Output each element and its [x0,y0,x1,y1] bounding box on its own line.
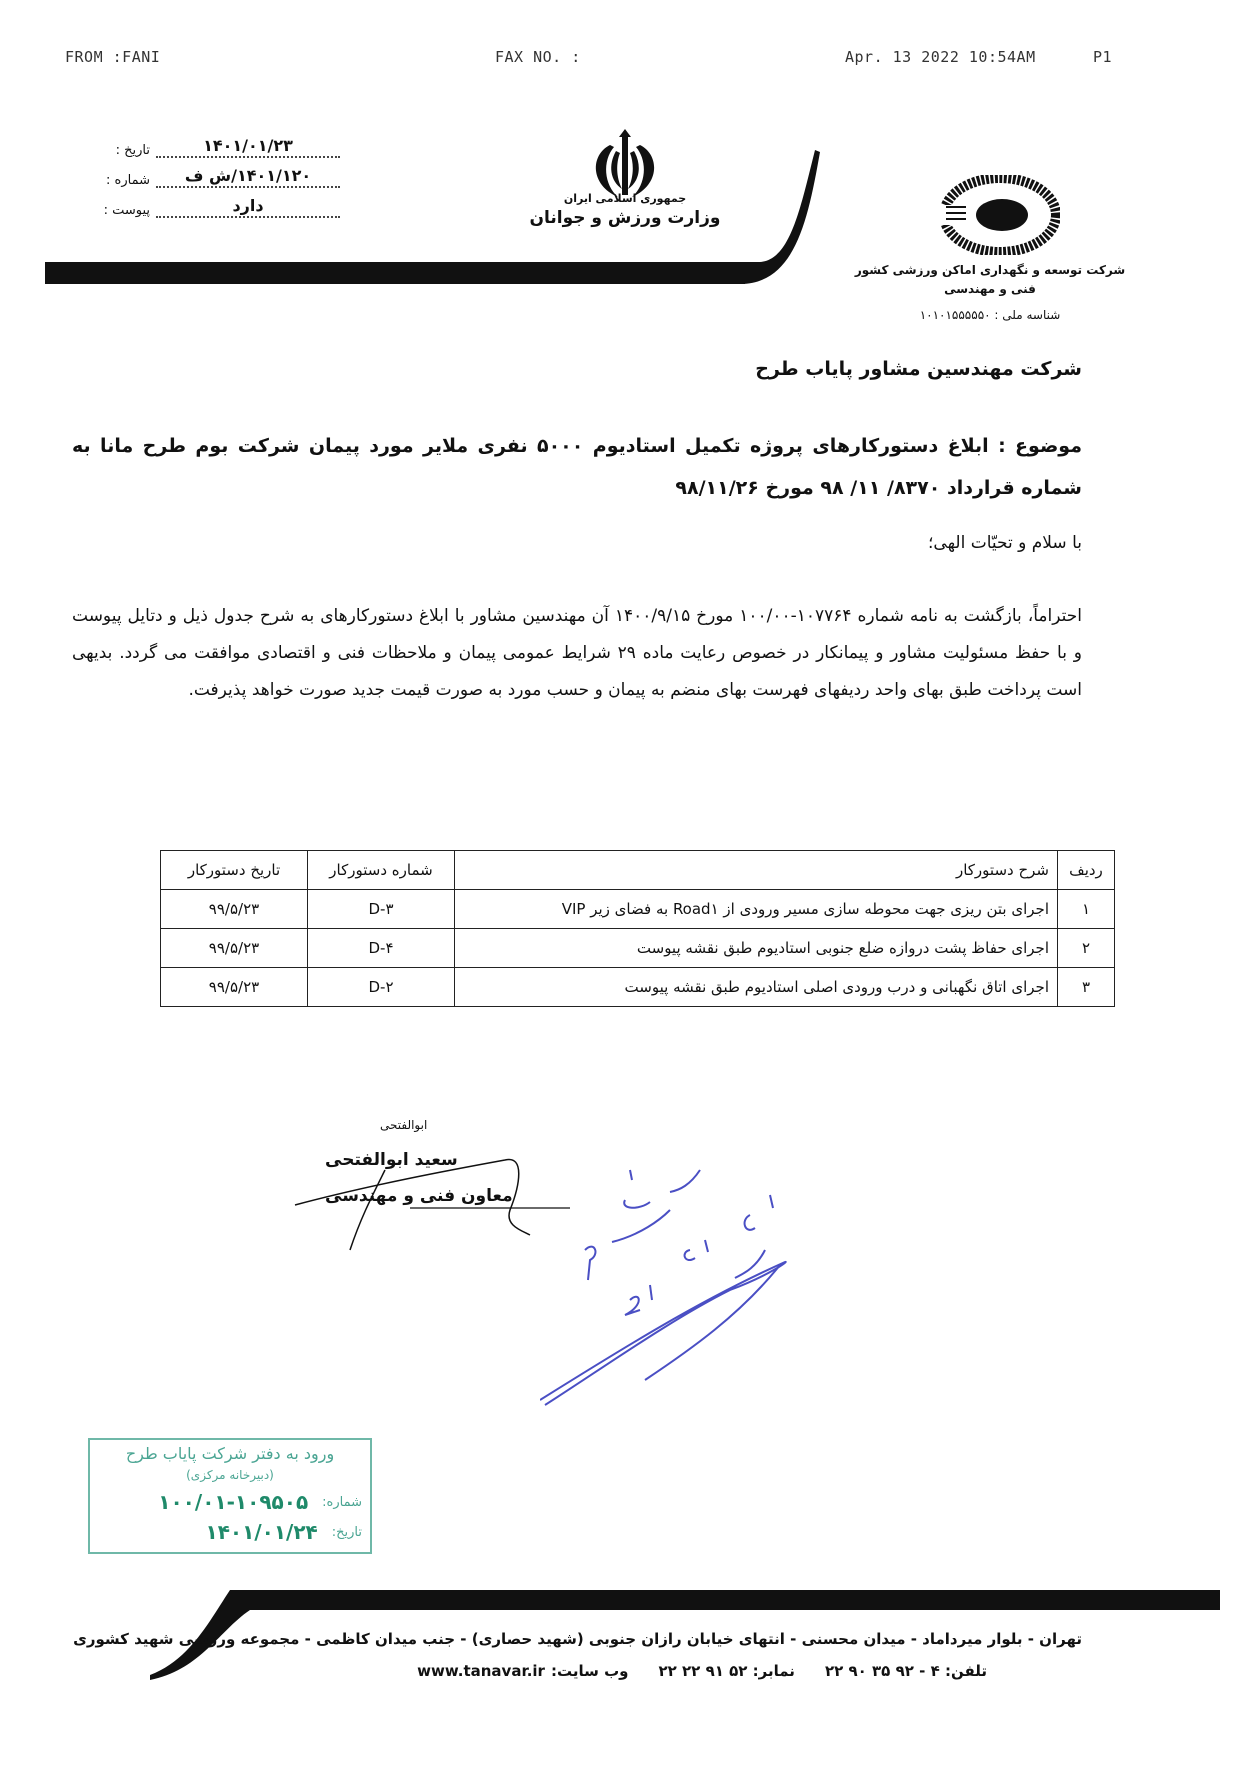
company-name: شرکت توسعه و نگهداری اماکن ورزشی کشور [850,263,1130,277]
intake-stamp: ورود به دفتر شرکت پایاب طرح (دبیرخانه مر… [88,1438,372,1554]
stamp-date-label: تاریخ: [332,1525,362,1540]
row-order-number: D-۴ [308,929,455,968]
fax-from: FROM :FANI [65,48,160,66]
republic-label: جمهوری اسلامی ایران [520,192,730,205]
greeting: با سلام و تحیّات الهی؛ [928,533,1082,553]
row-number: ۱ [1058,890,1115,929]
row-number: ۳ [1058,968,1115,1007]
footer-fax: نمابر: ۵۲ ۹۱ ۲۲ ۲۲ [658,1662,794,1680]
recipient: شرکت مهندسین مشاور پایاب طرح [755,358,1082,380]
ministry-name: وزارت ورزش و جوانان [520,208,730,228]
row-description: اجرای حفاظ پشت دروازه ضلع جنوبی استادیوم… [455,929,1058,968]
number-label: شماره : [80,173,150,188]
letter-body: احتراماً، بازگشت به نامه شماره ۱۰۷۷۶۴-۱۰… [72,598,1082,709]
header-row-number: ردیف [1058,851,1115,890]
row-order-number: D-۲ [308,968,455,1007]
stamp-number-row: شماره: ۱۰۰/۰۱-۱۰۹۵۰۵ [158,1490,362,1514]
stamp-number-label: شماره: [322,1495,362,1510]
row-order-date: ۹۹/۵/۲۳ [161,890,308,929]
row-description: اجرای اتاق نگهبانی و درب ورودی اصلی استا… [455,968,1058,1007]
attachment-value: دارد [156,196,340,218]
table-row: ۱ اجرای بتن ریزی جهت محوطه سازی مسیر ورو… [161,890,1115,929]
signature-initials: ابوالفتحی [380,1118,427,1132]
footer-band [230,1590,1220,1610]
company-national-id: شناسه ملی : ۱۰۱۰۱۵۵۵۵۵۰ [850,308,1130,322]
stamp-date-row: تاریخ: ۱۴۰۱/۰۱/۲۴ [205,1520,362,1544]
date-value: ۱۴۰۱/۰۱/۲۳ [156,136,340,158]
meta-attachment-row: پیوست : دارد [80,188,340,218]
footer-website-link[interactable]: www.tanavar.ir [417,1662,545,1680]
header-band [45,262,745,284]
stamp-subtitle: (دبیرخانه مرکزی) [90,1468,370,1482]
signer-name: سعید ابوالفتحی [325,1150,458,1170]
company-department: فنی و مهندسی [850,282,1130,296]
header-description: شرح دستورکار [455,851,1058,890]
footer-contact: تلفن: ۴ - ۹۲ ۳۵ ۹۰ ۲۲ نمابر: ۵۲ ۹۱ ۲۲ ۲۲… [417,1662,987,1680]
handwritten-note-icon [540,1140,860,1460]
meta-date-row: تاریخ : ۱۴۰۱/۰۱/۲۳ [80,128,340,158]
row-number: ۲ [1058,929,1115,968]
meta-number-row: شماره : ۱۴۰۱/۱۲۰/ش ف [80,158,340,188]
subject: موضوع : ابلاغ دستورکارهای پروژه تکمیل اس… [72,425,1082,509]
signer-title: معاون فنی و مهندسی [325,1186,513,1206]
company-logo-icon [940,175,1060,255]
table-row: ۲ اجرای حفاظ پشت دروازه ضلع جنوبی استادی… [161,929,1115,968]
fax-timestamp: Apr. 13 2022 10:54AM [845,48,1036,66]
fax-page: P1 [1093,48,1112,66]
work-orders-table: ردیف شرح دستورکار شماره دستورکار تاریخ د… [160,850,1115,1007]
fax-number: FAX NO. : [495,48,581,66]
stamp-title: ورود به دفتر شرکت پایاب طرح [90,1444,370,1463]
table-header-row: ردیف شرح دستورکار شماره دستورکار تاریخ د… [161,851,1115,890]
row-description: اجرای بتن ریزی جهت محوطه سازی مسیر ورودی… [455,890,1058,929]
stamp-date-value: ۱۴۰۱/۰۱/۲۴ [205,1520,317,1544]
row-order-date: ۹۹/۵/۲۳ [161,968,308,1007]
footer-address: تهران - بلوار میرداماد - میدان محسنی - ا… [73,1630,1082,1648]
header-order-number: شماره دستورکار [308,851,455,890]
attachment-label: پیوست : [80,203,150,218]
header-order-date: تاریخ دستورکار [161,851,308,890]
number-value: ۱۴۰۱/۱۲۰/ش ف [156,166,340,188]
footer-phone: تلفن: ۴ - ۹۲ ۳۵ ۹۰ ۲۲ [825,1662,987,1680]
row-order-number: D-۳ [308,890,455,929]
row-order-date: ۹۹/۵/۲۳ [161,929,308,968]
header-band-curve [700,150,820,284]
letter-meta: تاریخ : ۱۴۰۱/۰۱/۲۳ شماره : ۱۴۰۱/۱۲۰/ش ف … [80,128,340,218]
date-label: تاریخ : [80,143,150,158]
footer-website-label: وب سایت: [551,1662,629,1680]
stamp-number-value: ۱۰۰/۰۱-۱۰۹۵۰۵ [158,1490,308,1514]
table-row: ۳ اجرای اتاق نگهبانی و درب ورودی اصلی اس… [161,968,1115,1007]
